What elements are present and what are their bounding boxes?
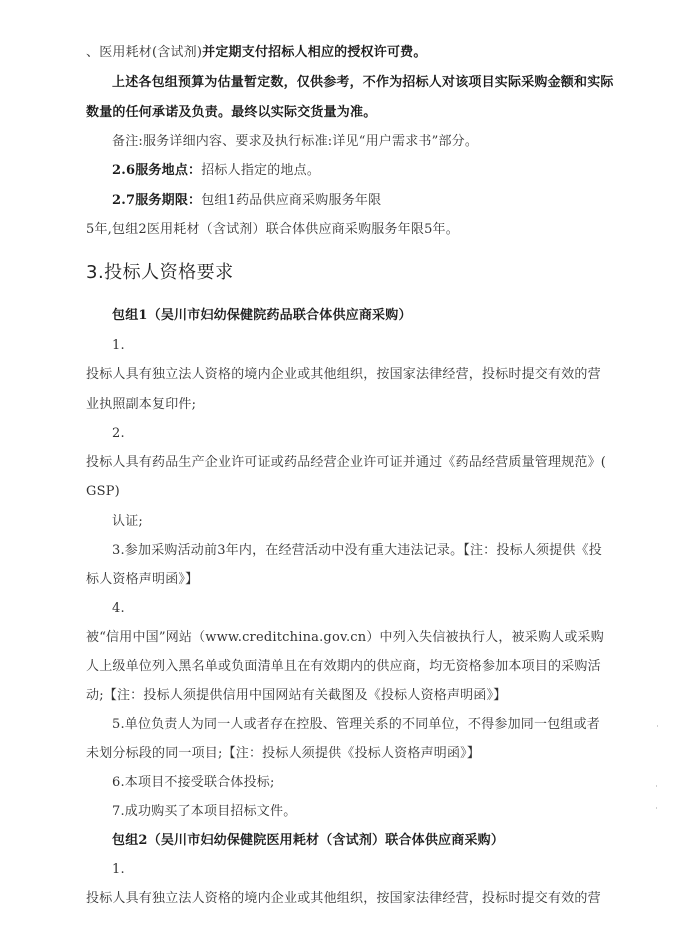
service-period-label: 2.7服务期限： — [112, 193, 201, 208]
scan-artifact — [657, 725, 658, 727]
group1-title: 包组1（吴川市妇幼保健院药品联合体供应商采购） — [112, 307, 412, 325]
group1-item4-line1: 被“信用中国”网站（www.creditchina.gov.cn）中列入失信被执… — [86, 629, 604, 647]
group1-item4-line2: 人上级单位列入黑名单或负面清单且在有效期内的供应商，均无资格参加本项目的采购活 — [86, 658, 601, 676]
group1-item5-line2: 未划分标段的同一项目;【注：投标人须提供《投标人资格声明函》】 — [86, 745, 480, 763]
group1-item1-line2: 业执照副本复印件; — [86, 396, 196, 414]
group1-item2-number: 2. — [112, 425, 125, 443]
section-heading-bidder-qualifications: 3.投标人资格要求 — [86, 261, 234, 285]
group1-item3-line2: 标人资格声明函》】 — [86, 571, 198, 589]
paragraph-budget-line2: 数量的任何承诺及负责。最终以实际交货量为准。 — [86, 104, 376, 122]
paragraph-service-period: 2.7服务期限：包组1药品供应商采购服务年限 — [112, 192, 381, 210]
document-page: 、医用耗材(含试剂)并定期支付招标人相应的授权许可费。 上述各包组预算为估量暂定… — [0, 0, 682, 927]
paragraph-service-location: 2.6服务地点：招标人指定的地点。 — [112, 162, 320, 180]
group1-item3-line1: 3.参加采购活动前3年内，在经营活动中没有重大违法记录。【注：投标人须提供《投 — [112, 542, 602, 560]
group1-item4-number: 4. — [112, 600, 125, 618]
group1-item2-line1: 投标人具有药品生产企业许可证或药品经营企业许可证并通过《药品经营质量管理规范》( — [86, 454, 606, 472]
text-segment-bold: 并定期支付招标人相应的授权许可费。 — [202, 45, 426, 60]
paragraph-service-period-cont: 5年,包组2医用耗材（含试剂）联合体供应商采购服务年限5年。 — [86, 221, 459, 239]
group1-item4-line3: 动;【注：投标人须提供信用中国网站有关截图及《投标人资格声明函》】 — [86, 687, 506, 705]
group1-item5-line1: 5.单位负责人为同一人或者存在控股、管理关系的不同单位，不得参加同一包组或者 — [112, 716, 600, 734]
service-period-value: 包组1药品供应商采购服务年限 — [201, 193, 381, 208]
text-segment: 、医用耗材(含试剂) — [86, 45, 202, 60]
service-location-label: 2.6服务地点： — [112, 163, 201, 178]
group1-item6: 6.本项目不接受联合体投标; — [112, 774, 275, 792]
paragraph-budget-line1: 上述各包组预算为估量暂定数，仅供参考，不作为招标人对该项目实际采购金额和实际 — [112, 74, 614, 92]
group1-item7: 7.成功购买了本项目招标文件。 — [112, 803, 296, 821]
group2-item1-number: 1. — [112, 861, 125, 879]
group1-item2-line3: 认证; — [112, 513, 143, 531]
group2-item1-line1: 投标人具有独立法人资格的境内企业或其他组织，按国家法律经营，投标时提交有效的营 — [86, 890, 601, 908]
paragraph-license-fee: 、医用耗材(含试剂)并定期支付招标人相应的授权许可费。 — [86, 44, 427, 62]
group1-item1-number: 1. — [112, 337, 125, 355]
scan-artifact — [656, 807, 657, 809]
group1-item2-line2: GSP) — [86, 483, 120, 501]
paragraph-remark: 备注:服务详细内容、要求及执行标准:详见“用户需求书”部分。 — [112, 133, 478, 151]
group1-item1-line1: 投标人具有独立法人资格的境内企业或其他组织，按国家法律经营，投标时提交有效的营 — [86, 366, 601, 384]
scan-artifact — [656, 785, 657, 787]
service-location-value: 招标人指定的地点。 — [201, 163, 320, 178]
group2-title: 包组2（吴川市妇幼保健院医用耗材（含试剂）联合体供应商采购） — [112, 832, 504, 850]
